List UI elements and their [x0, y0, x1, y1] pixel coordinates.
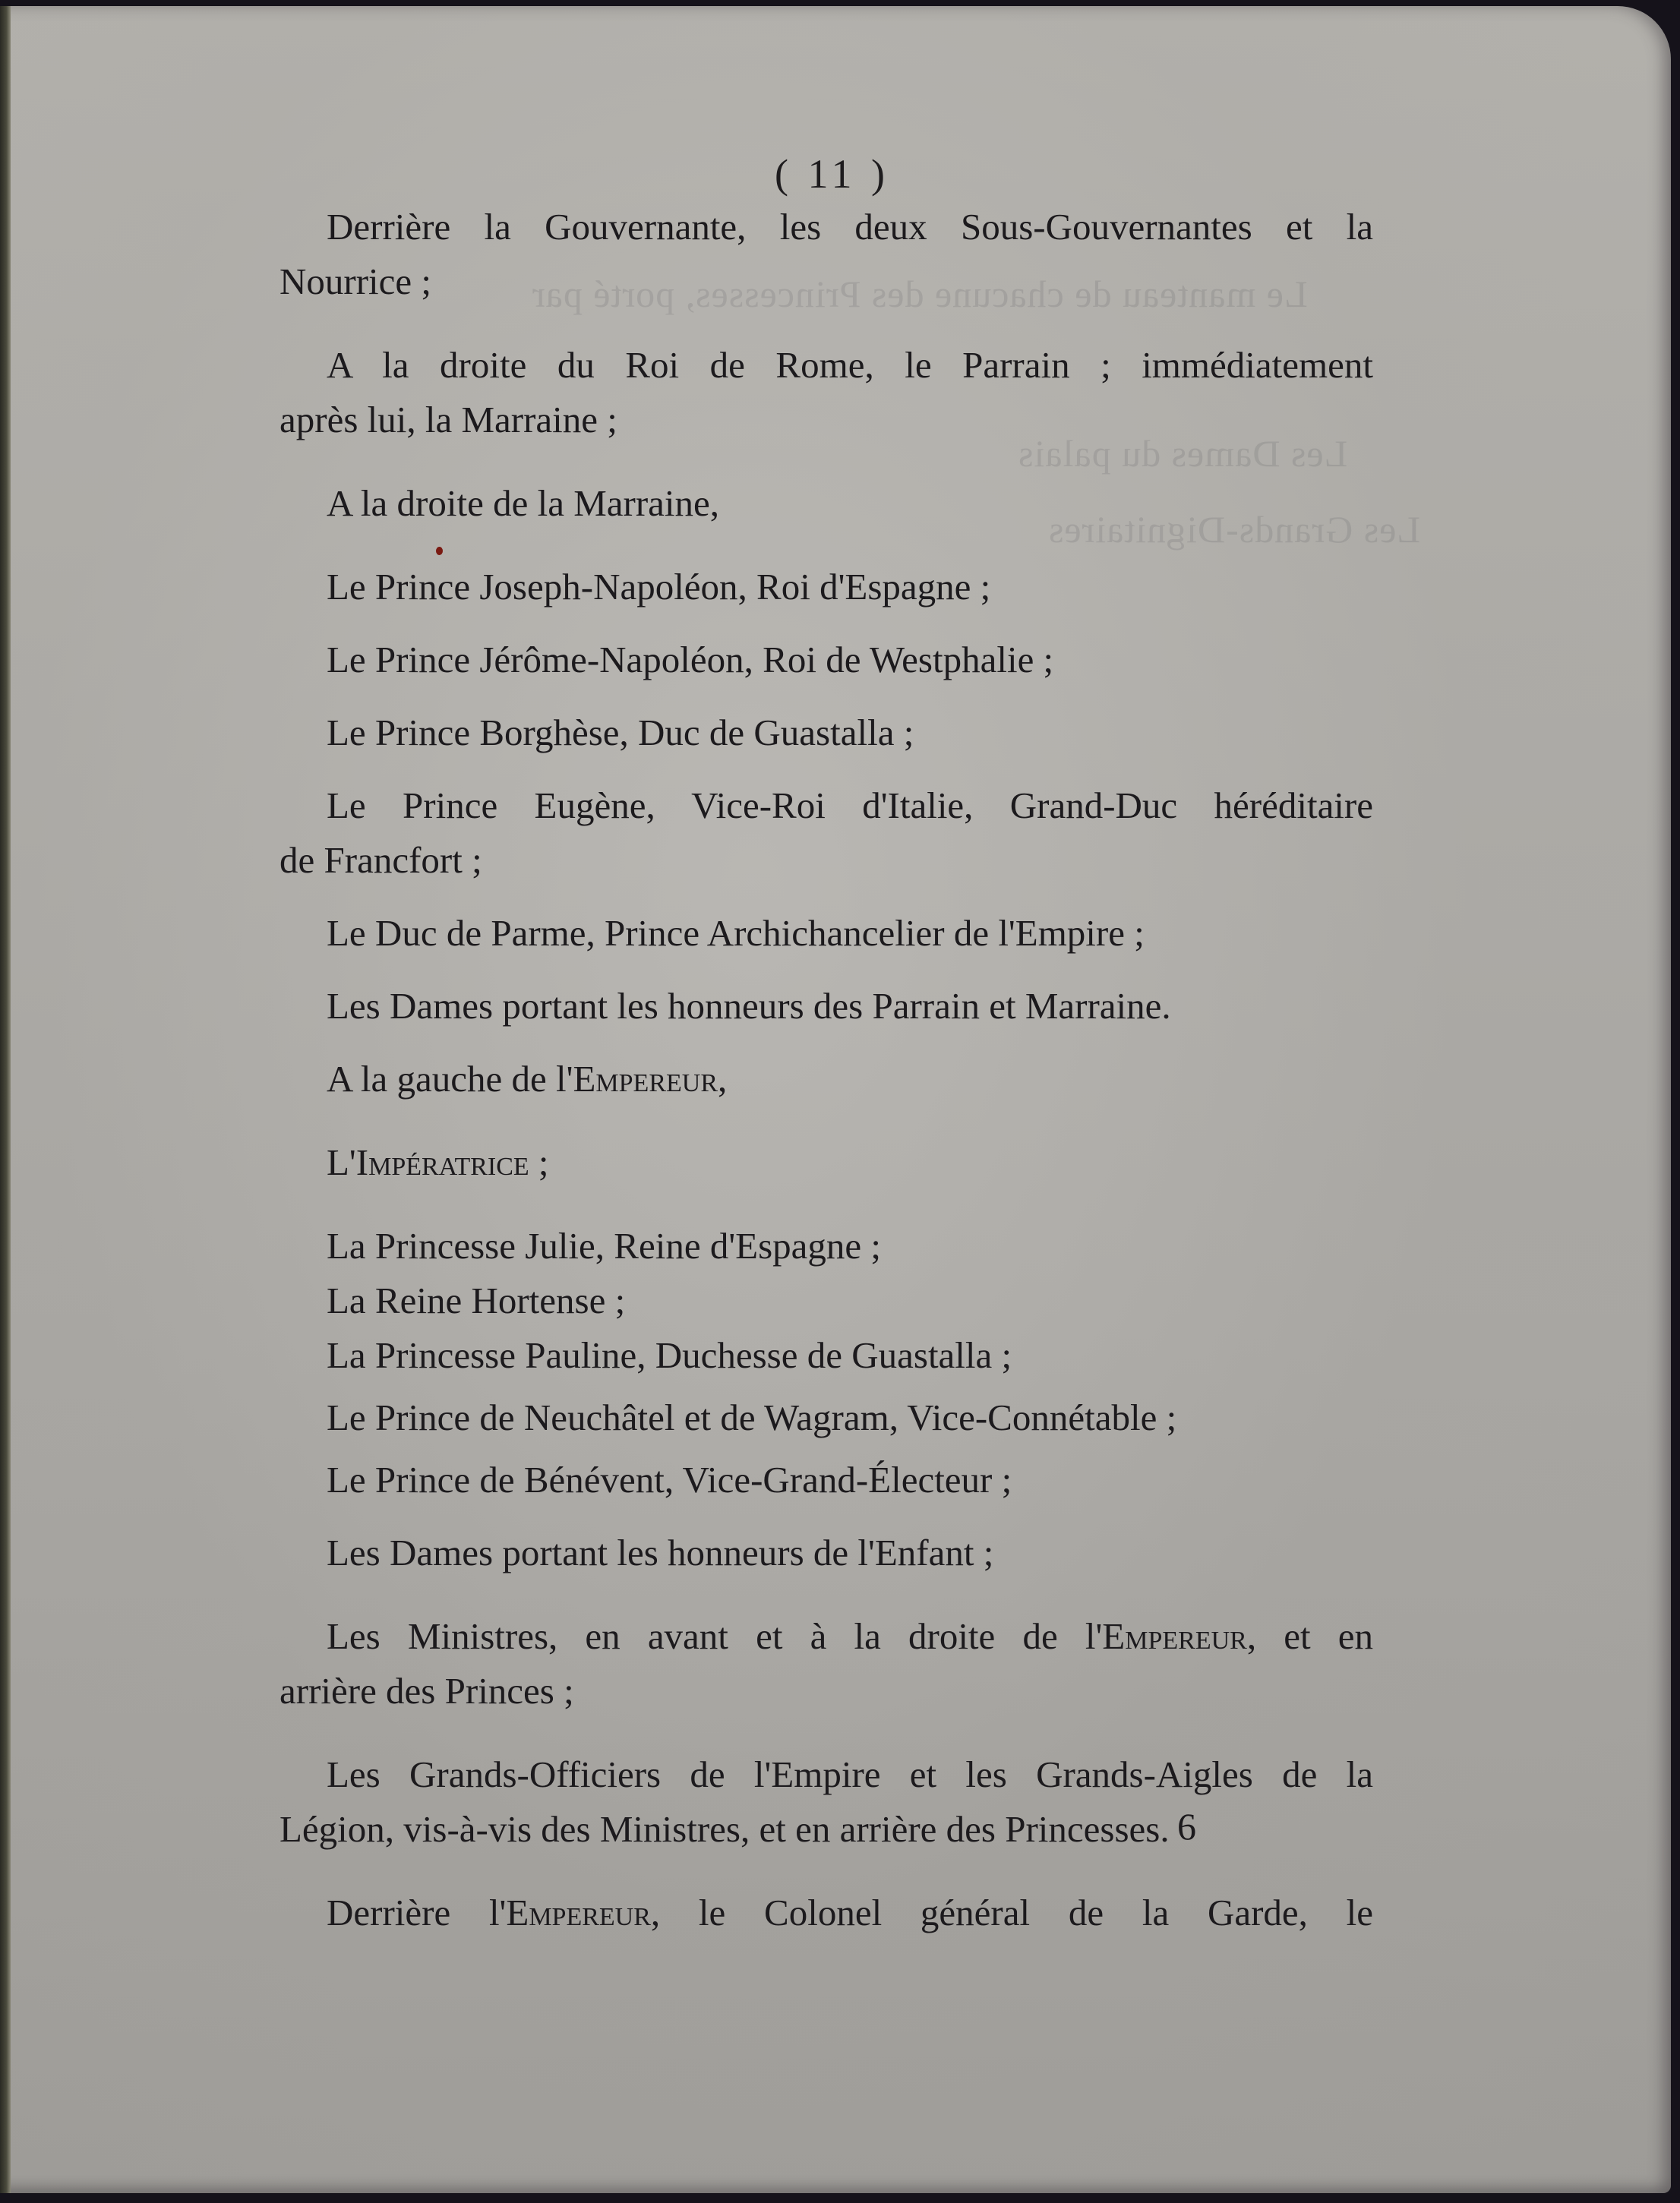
page-number: ( 11 ) [775, 150, 889, 197]
text-line: arrière des Princes ; [279, 1664, 1373, 1719]
text-line: Derrière l'Empereur, le Colonel général … [279, 1886, 1373, 1940]
text-line: Le Prince Joseph-Napoléon, Roi d'Espagne… [279, 560, 1373, 614]
smallcaps-word: Empereur [1102, 1615, 1247, 1657]
text-line: La Princesse Pauline, Duchesse de Guasta… [279, 1328, 1373, 1383]
text-line: Nourrice ; [279, 254, 1373, 309]
text-line: Derrière la Gouvernante, les deux Sous-G… [279, 200, 1373, 254]
body-text: Derrière la Gouvernante, les deux Sous-G… [279, 200, 1373, 1940]
text-line: Les Grands-Officiers de l'Empire et les … [279, 1747, 1373, 1802]
text-line: Le Prince Borghèse, Duc de Guastalla ; [279, 705, 1373, 760]
text-line: La Princesse Julie, Reine d'Espagne ; [279, 1219, 1373, 1274]
text-line: Les Ministres, en avant et à la droite d… [279, 1609, 1373, 1664]
text-line: Les Dames portant les honneurs de l'Enfa… [279, 1526, 1373, 1580]
text-line: L'Impératrice ; [279, 1135, 1373, 1190]
text-line: Le Duc de Parme, Prince Archichancelier … [279, 906, 1373, 961]
text-line: Les Dames portant les honneurs des Parra… [279, 979, 1373, 1034]
text-line: Le Prince Eugène, Vice-Roi d'Italie, Gra… [279, 778, 1373, 833]
text-line: après lui, la Marraine ; [279, 393, 1373, 447]
text-line: Le Prince Jérôme-Napoléon, Roi de Westph… [279, 633, 1373, 687]
book-spine-edge [0, 6, 11, 2193]
document-page: Le manteau de chacune des Princesses, po… [0, 6, 1671, 2193]
smallcaps-word: Impératrice [356, 1141, 529, 1183]
text-line: A la droite de la Marraine, [279, 476, 1373, 531]
text-line: La Reine Hortense ; [279, 1274, 1373, 1328]
signature-mark: 6 [1177, 1804, 1196, 1848]
smallcaps-word: Empereur [573, 1058, 718, 1100]
text-line: Légion, vis-à-vis des Ministres, et en a… [279, 1802, 1373, 1857]
text-line: A la gauche de l'Empereur, [279, 1052, 1373, 1106]
text-line: de Francfort ; [279, 833, 1373, 888]
text-line: Le Prince de Bénévent, Vice-Grand-Électe… [279, 1453, 1373, 1507]
text-line: A la droite du Roi de Rome, le Parrain ;… [279, 338, 1373, 393]
text-line: Le Prince de Neuchâtel et de Wagram, Vic… [279, 1390, 1373, 1445]
smallcaps-word: Empereur [506, 1892, 651, 1933]
